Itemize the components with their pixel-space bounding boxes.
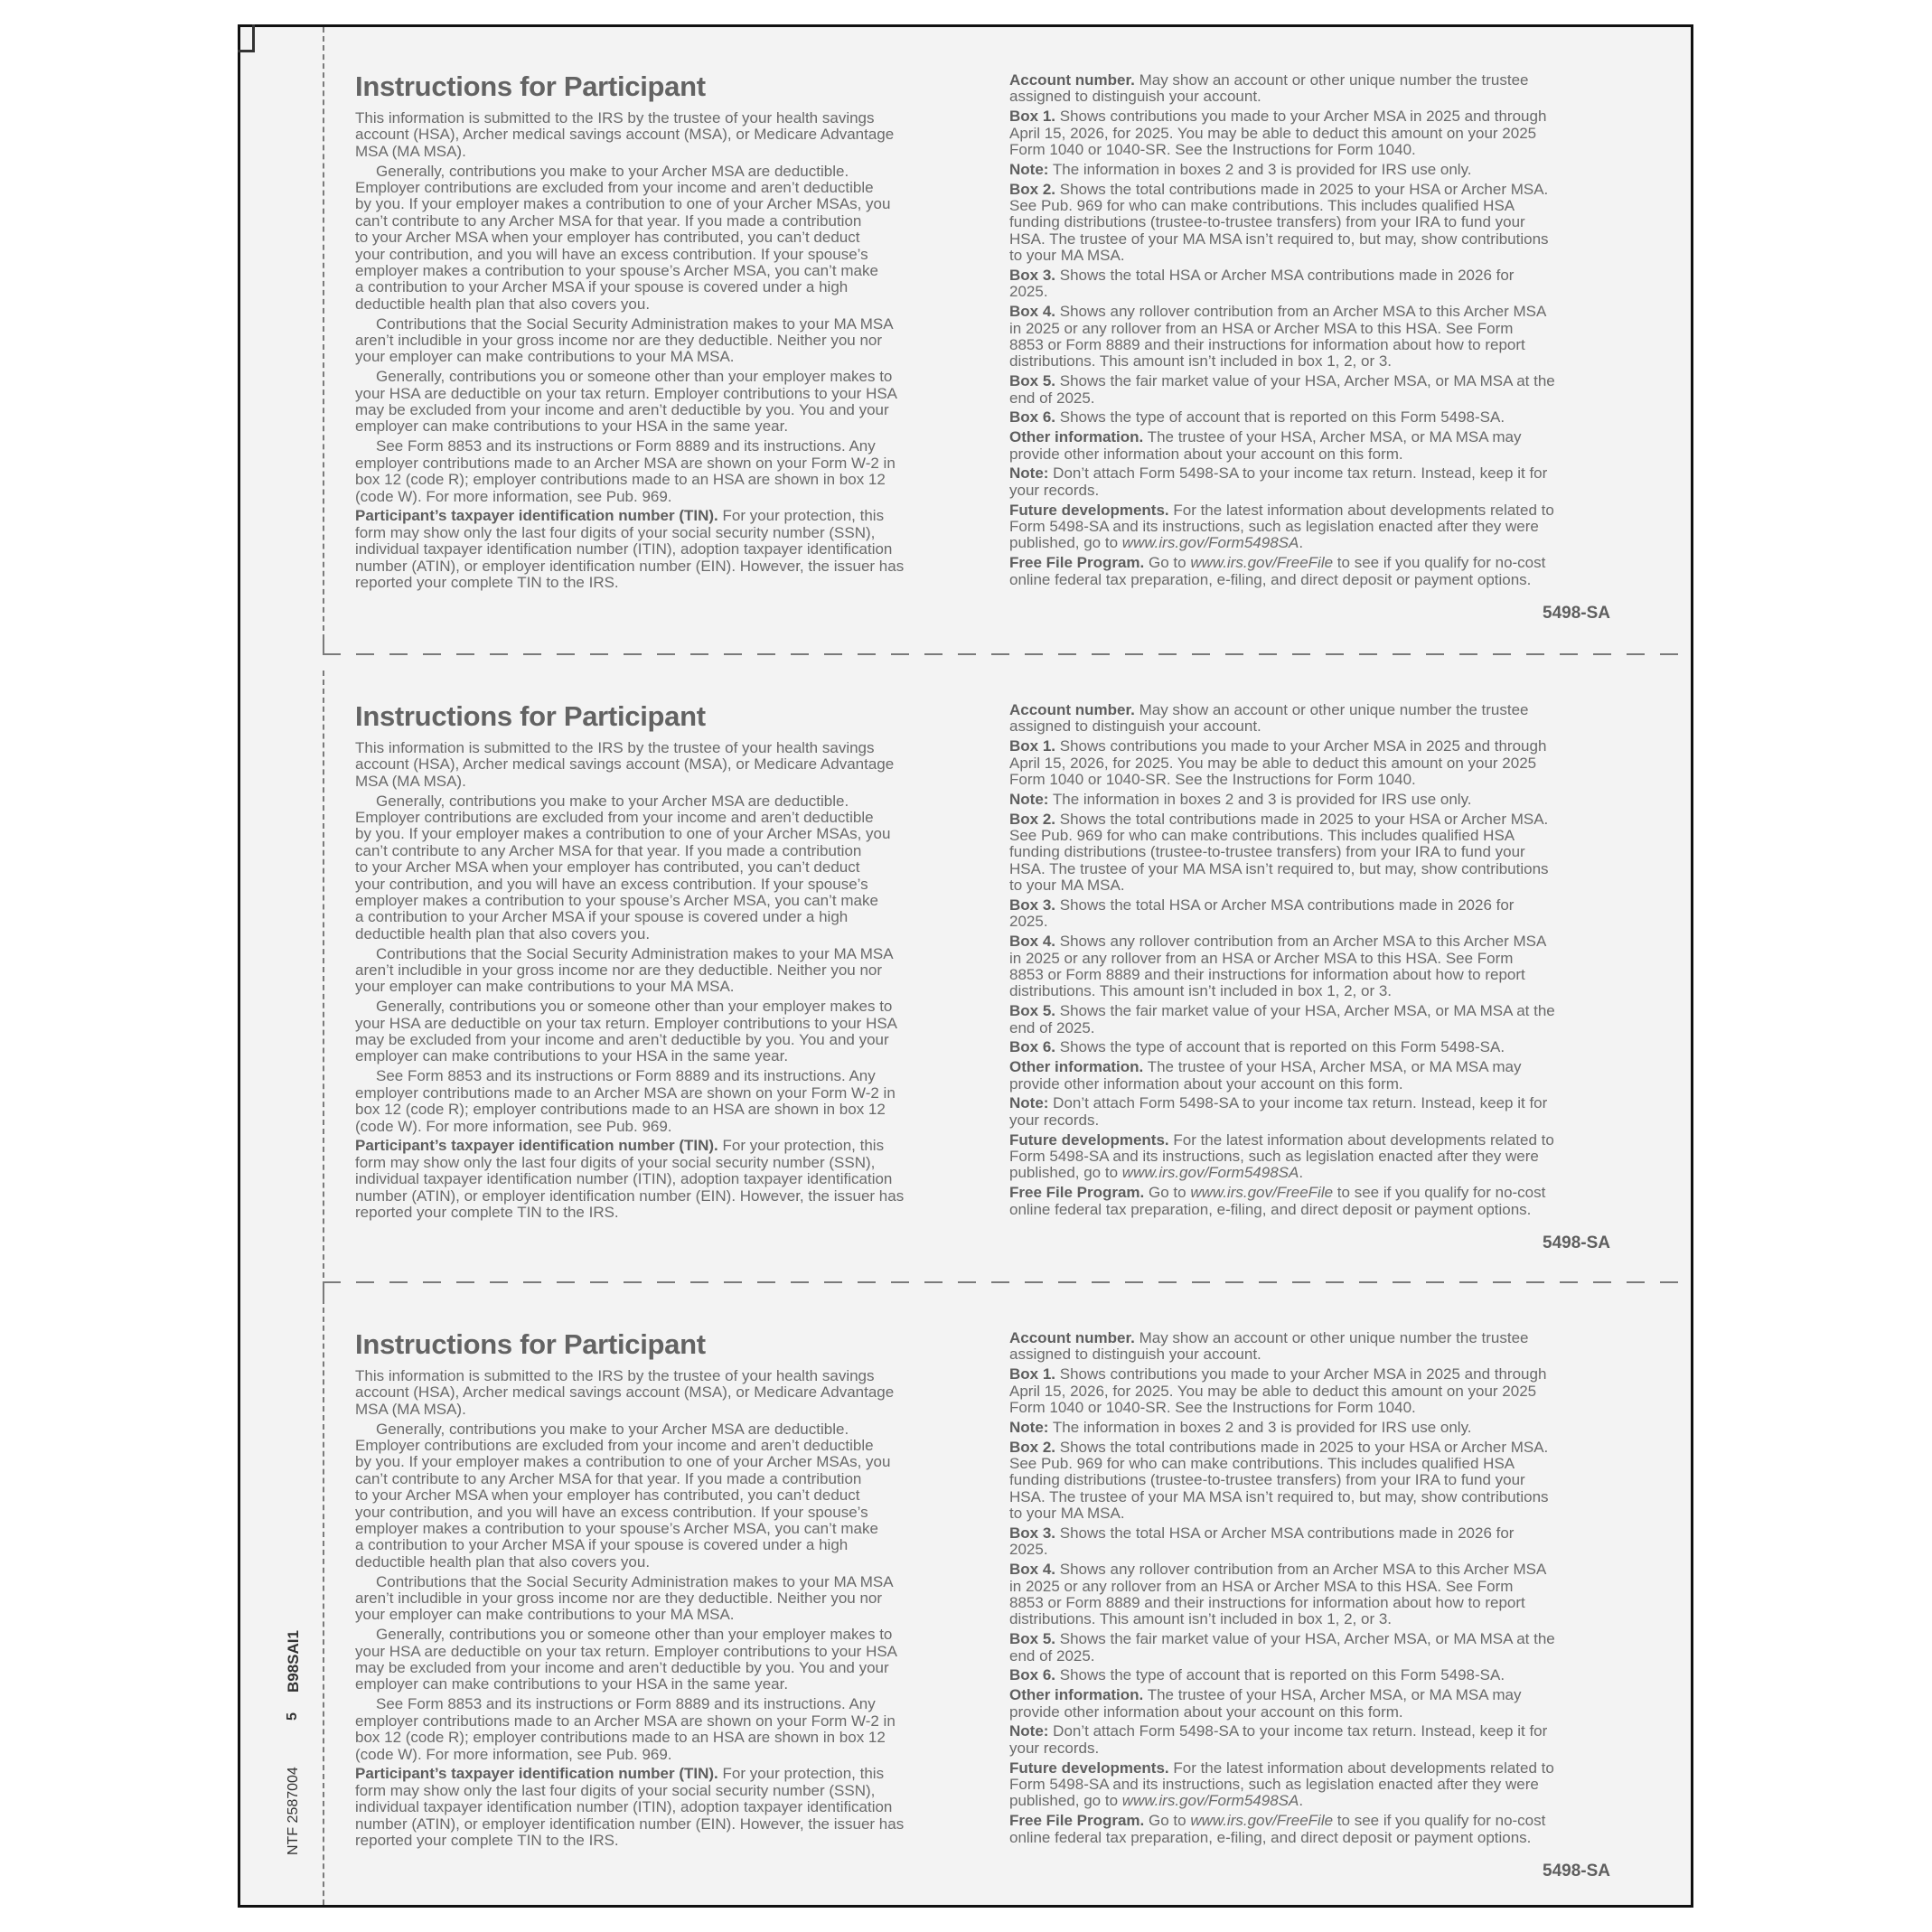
text-line: box 12 (code R); employer contributions … [355, 1730, 904, 1746]
body-text: For the latest information about develop… [1169, 1759, 1554, 1777]
right-column-paragraph: Future developments. For the latest info… [1009, 1132, 1555, 1182]
right-column-paragraph: Other information. The trustee of your H… [1009, 1059, 1555, 1093]
body-text: Shows any rollover contribution from an … [1055, 303, 1546, 320]
text-line: See Pub. 969 for who can make contributi… [1009, 198, 1555, 214]
body-text: form may show only the last four digits … [355, 1782, 875, 1799]
body-text: Shows the total contributions made in 20… [1055, 1439, 1548, 1456]
body-text: (code W). For more information, see Pub.… [355, 488, 672, 505]
text-line: This information is submitted to the IRS… [355, 110, 904, 127]
body-text: The information in boxes 2 and 3 is prov… [1048, 161, 1471, 178]
body-text: distributions. This amount isn’t include… [1009, 982, 1392, 999]
text-line: form may show only the last four digits … [355, 1155, 904, 1171]
bold-heading: Account number. [1009, 1329, 1135, 1346]
body-text: Contributions that the Social Security A… [376, 945, 894, 962]
body-text: Shows the total HSA or Archer MSA contri… [1055, 896, 1514, 914]
text-line: your records. [1009, 483, 1555, 499]
text-line: Form 5498-SA and its instructions, such … [1009, 1777, 1555, 1793]
body-text: Go to [1144, 554, 1190, 571]
body-text: Shows the fair market value of your HSA,… [1055, 1630, 1555, 1647]
body-text: deductible health plan that also covers … [355, 925, 650, 943]
bold-heading: Box 2. [1009, 181, 1055, 198]
text-line: your contribution, and you will have an … [355, 247, 904, 263]
right-column-paragraph: Box 5. Shows the fair market value of yo… [1009, 373, 1555, 407]
body-text: Shows the total contributions made in 20… [1055, 181, 1548, 198]
text-line: your employer can make contributions to … [355, 979, 904, 995]
right-column-paragraph: Free File Program. Go to www.irs.gov/Fre… [1009, 1185, 1555, 1218]
body-text: can’t contribute to any Archer MSA for t… [355, 842, 861, 859]
right-column-paragraph: Account number. May show an account or o… [1009, 1330, 1555, 1364]
body-text: account (HSA), Archer medical savings ac… [355, 1383, 894, 1401]
text-line: to your Archer MSA when your employer ha… [355, 859, 904, 876]
text-line: employer contributions made to an Archer… [355, 1085, 904, 1102]
body-text: For the latest information about develop… [1169, 1131, 1554, 1149]
body-text: The trustee of your HSA, Archer MSA, or … [1143, 1058, 1521, 1075]
body-text: May show an account or other unique numb… [1135, 701, 1529, 718]
body-text: funding distributions (trustee-to-truste… [1009, 1471, 1525, 1488]
instruction-copy-1: Instructions for Participant This inform… [0, 0, 1932, 630]
body-text: to your Archer MSA when your employer ha… [355, 229, 859, 246]
text-line: HSA. The trustee of your MA MSA isn’t re… [1009, 861, 1555, 877]
body-text: published, go to [1009, 1164, 1122, 1181]
body-text: For the latest information about develop… [1169, 502, 1554, 519]
body-text: form may show only the last four digits … [355, 1154, 875, 1171]
body-text: provide other information about your acc… [1009, 1075, 1403, 1093]
text-line: Participant’s taxpayer identification nu… [355, 1138, 904, 1154]
text-line: Contributions that the Social Security A… [355, 946, 904, 962]
text-line: reported your complete TIN to the IRS. [355, 1205, 904, 1221]
page-number: 5 [285, 1712, 301, 1721]
bold-heading: Box 4. [1009, 933, 1055, 950]
body-text: by you. If your employer makes a contrib… [355, 195, 890, 212]
url-text: www.irs.gov/Form5498SA [1122, 1164, 1299, 1181]
bold-heading: Box 4. [1009, 1561, 1055, 1578]
text-line: 8853 or Form 8889 and their instructions… [1009, 337, 1555, 353]
bold-heading: Box 3. [1009, 896, 1055, 914]
text-line: individual taxpayer identification numbe… [355, 1171, 904, 1187]
text-line: Generally, contributions you or someone … [355, 999, 904, 1015]
body-text: in 2025 or any rollover from an HSA or A… [1009, 1578, 1513, 1595]
body-text: . [1299, 534, 1303, 551]
text-line: Box 6. Shows the type of account that is… [1009, 409, 1555, 426]
text-line: Box 2. Shows the total contributions mad… [1009, 182, 1555, 198]
text-line: Generally, contributions you make to you… [355, 164, 904, 180]
text-line: online federal tax preparation, e-filing… [1009, 572, 1555, 588]
right-column: Account number. May show an account or o… [1009, 72, 1555, 591]
text-line: April 15, 2026, for 2025. You may be abl… [1009, 755, 1555, 772]
text-line: 8853 or Form 8889 and their instructions… [1009, 967, 1555, 983]
body-text: to your MA MSA. [1009, 877, 1125, 894]
text-line: MSA (MA MSA). [355, 1402, 904, 1418]
body-text: Shows the type of account that is report… [1055, 408, 1505, 426]
body-text: individual taxpayer identification numbe… [355, 1798, 892, 1815]
text-line: funding distributions (trustee-to-truste… [1009, 844, 1555, 860]
body-text: 8853 or Form 8889 and their instructions… [1009, 1594, 1525, 1611]
text-line: Box 4. Shows any rollover contribution f… [1009, 933, 1555, 950]
text-line: 2025. [1009, 1542, 1555, 1558]
body-text: individual taxpayer identification numbe… [355, 540, 892, 558]
right-column-paragraph: Box 2. Shows the total contributions mad… [1009, 811, 1555, 895]
body-text: Shows contributions you made to your Arc… [1055, 108, 1546, 125]
body-text: Shows the type of account that is report… [1055, 1038, 1505, 1055]
body-text: (code W). For more information, see Pub.… [355, 1118, 672, 1135]
text-line: deductible health plan that also covers … [355, 296, 904, 313]
right-column-paragraph: Note: The information in boxes 2 and 3 i… [1009, 792, 1555, 808]
body-text: Shows the fair market value of your HSA,… [1055, 1002, 1555, 1019]
bold-heading: Box 1. [1009, 108, 1055, 125]
body-text: HSA. The trustee of your MA MSA isn’t re… [1009, 230, 1549, 248]
body-text: to see if you qualify for no-cost [1333, 1812, 1545, 1829]
text-line: Generally, contributions you or someone … [355, 1627, 904, 1643]
right-column-paragraph: Box 1. Shows contributions you made to y… [1009, 738, 1555, 788]
text-line: number (ATIN), or employer identificatio… [355, 1816, 904, 1833]
text-line: Box 1. Shows contributions you made to y… [1009, 1366, 1555, 1383]
body-text: published, go to [1009, 534, 1122, 551]
text-line: Note: Don’t attach Form 5498-SA to your … [1009, 465, 1555, 482]
right-column-paragraph: Box 1. Shows contributions you made to y… [1009, 1366, 1555, 1416]
text-line: Participant’s taxpayer identification nu… [355, 1766, 904, 1782]
bold-heading: Note: [1009, 791, 1048, 808]
body-text: box 12 (code R); employer contributions … [355, 471, 886, 488]
text-line: your HSA are deductible on your tax retu… [355, 1016, 904, 1032]
body-text: end of 2025. [1009, 1019, 1095, 1036]
right-column-paragraph: Note: Don’t attach Form 5498-SA to your … [1009, 465, 1555, 499]
bold-heading: Other information. [1009, 428, 1143, 445]
text-line: Box 3. Shows the total HSA or Archer MSA… [1009, 267, 1555, 284]
right-column-paragraph: Future developments. For the latest info… [1009, 502, 1555, 552]
bold-heading: Box 3. [1009, 267, 1055, 284]
bold-heading: Box 6. [1009, 408, 1055, 426]
body-text: Go to [1144, 1812, 1190, 1829]
text-line: This information is submitted to the IRS… [355, 740, 904, 756]
right-column-paragraph: Note: Don’t attach Form 5498-SA to your … [1009, 1723, 1555, 1757]
text-line: distributions. This amount isn’t include… [1009, 353, 1555, 370]
body-text: online federal tax preparation, e-filing… [1009, 1829, 1531, 1846]
body-text: employer can make contributions to your … [355, 417, 788, 435]
body-text: Form 1040 or 1040-SR. See the Instructio… [1009, 141, 1416, 158]
body-text: May show an account or other unique numb… [1135, 71, 1529, 89]
body-text: Generally, contributions you make to you… [376, 792, 849, 810]
text-line: Other information. The trustee of your H… [1009, 1687, 1555, 1703]
text-line: your contribution, and you will have an … [355, 1505, 904, 1521]
text-line: Box 5. Shows the fair market value of yo… [1009, 1003, 1555, 1019]
left-column-paragraph: Generally, contributions you or someone … [355, 999, 904, 1065]
body-text: account (HSA), Archer medical savings ac… [355, 755, 894, 773]
text-line: your employer can make contributions to … [355, 1607, 904, 1623]
body-text: may be excluded from your income and are… [355, 1659, 889, 1676]
body-text: employer can make contributions to your … [355, 1047, 788, 1064]
bold-heading: Box 1. [1009, 737, 1055, 755]
body-text: Shows the fair market value of your HSA,… [1055, 372, 1555, 389]
text-line: distributions. This amount isn’t include… [1009, 1611, 1555, 1627]
left-column-paragraph: This information is submitted to the IRS… [355, 110, 904, 160]
left-column-paragraph: Contributions that the Social Security A… [355, 316, 904, 366]
text-line: Contributions that the Social Security A… [355, 1574, 904, 1590]
text-line: to your Archer MSA when your employer ha… [355, 1487, 904, 1504]
bold-heading: Account number. [1009, 701, 1135, 718]
text-line: your contribution, and you will have an … [355, 877, 904, 893]
right-column-paragraph: Box 5. Shows the fair market value of yo… [1009, 1631, 1555, 1665]
text-line: distributions. This amount isn’t include… [1009, 983, 1555, 999]
body-text: For your protection, this [718, 1137, 884, 1154]
bold-heading: Box 2. [1009, 1439, 1055, 1456]
body-text: deductible health plan that also covers … [355, 1553, 650, 1571]
bold-heading: Free File Program. [1009, 554, 1144, 571]
body-text: your contribution, and you will have an … [355, 1504, 868, 1521]
right-column-paragraph: Other information. The trustee of your H… [1009, 1687, 1555, 1721]
right-column-paragraph: Box 6. Shows the type of account that is… [1009, 409, 1555, 426]
body-text: Shows the total HSA or Archer MSA contri… [1055, 1524, 1514, 1542]
text-line: (code W). For more information, see Pub.… [355, 1119, 904, 1135]
body-text: employer contributions made to an Archer… [355, 1712, 896, 1730]
right-column-paragraph: Other information. The trustee of your H… [1009, 429, 1555, 463]
text-line: aren’t includible in your gross income n… [355, 962, 904, 979]
text-line: assigned to distinguish your account. [1009, 718, 1555, 735]
text-line: Account number. May show an account or o… [1009, 702, 1555, 718]
body-text: This information is submitted to the IRS… [355, 1367, 875, 1384]
bold-heading: Future developments. [1009, 502, 1169, 519]
text-line: by you. If your employer makes a contrib… [355, 196, 904, 212]
text-line: Form 1040 or 1040-SR. See the Instructio… [1009, 1400, 1555, 1416]
text-line: Participant’s taxpayer identification nu… [355, 508, 904, 524]
bold-heading: Box 6. [1009, 1666, 1055, 1683]
body-text: 2025. [1009, 913, 1048, 930]
right-column-paragraph: Box 4. Shows any rollover contribution f… [1009, 933, 1555, 1000]
right-column-paragraph: Free File Program. Go to www.irs.gov/Fre… [1009, 1813, 1555, 1846]
body-text: Form 5498-SA and its instructions, such … [1009, 1148, 1539, 1165]
text-line: See Form 8853 and its instructions or Fo… [355, 438, 904, 455]
text-line: in 2025 or any rollover from an HSA or A… [1009, 321, 1555, 337]
right-column-paragraph: Note: Don’t attach Form 5498-SA to your … [1009, 1095, 1555, 1129]
text-line: Box 3. Shows the total HSA or Archer MSA… [1009, 1525, 1555, 1542]
body-text: your employer can make contributions to … [355, 978, 735, 995]
text-line: Free File Program. Go to www.irs.gov/Fre… [1009, 555, 1555, 571]
body-text: provide other information about your acc… [1009, 1703, 1403, 1721]
left-column-paragraph: Generally, contributions you make to you… [355, 1421, 904, 1571]
text-line: provide other information about your acc… [1009, 1704, 1555, 1721]
body-text: The information in boxes 2 and 3 is prov… [1048, 1419, 1471, 1436]
text-line: MSA (MA MSA). [355, 774, 904, 790]
left-column-paragraph: Participant’s taxpayer identification nu… [355, 1766, 904, 1849]
left-column-paragraph: Generally, contributions you or someone … [355, 369, 904, 436]
body-text: Shows contributions you made to your Arc… [1055, 1365, 1546, 1383]
body-text: assigned to distinguish your account. [1009, 717, 1261, 735]
body-text: April 15, 2026, for 2025. You may be abl… [1009, 1383, 1536, 1400]
text-line: See Pub. 969 for who can make contributi… [1009, 1456, 1555, 1472]
body-text: reported your complete TIN to the IRS. [355, 574, 619, 591]
body-text: Generally, contributions you make to you… [376, 1421, 849, 1438]
left-column-paragraph: This information is submitted to the IRS… [355, 740, 904, 790]
body-text: reported your complete TIN to the IRS. [355, 1204, 619, 1221]
body-text: aren’t includible in your gross income n… [355, 961, 882, 979]
text-line: Future developments. For the latest info… [1009, 1760, 1555, 1777]
text-line: HSA. The trustee of your MA MSA isn’t re… [1009, 1489, 1555, 1505]
body-text: employer makes a contribution to your sp… [355, 1520, 878, 1537]
text-line: Form 1040 or 1040-SR. See the Instructio… [1009, 772, 1555, 788]
text-line: to your Archer MSA when your employer ha… [355, 230, 904, 246]
body-text: 8853 or Form 8889 and their instructions… [1009, 336, 1525, 353]
text-line: employer makes a contribution to your sp… [355, 263, 904, 279]
form-code: B98SAI1 [285, 1630, 303, 1693]
text-line: can’t contribute to any Archer MSA for t… [355, 1471, 904, 1487]
text-line: Note: The information in boxes 2 and 3 i… [1009, 1420, 1555, 1436]
url-text: www.irs.gov/FreeFile [1190, 554, 1333, 571]
body-text: by you. If your employer makes a contrib… [355, 825, 890, 842]
text-line: Box 5. Shows the fair market value of yo… [1009, 373, 1555, 389]
body-text: your employer can make contributions to … [355, 348, 735, 365]
text-line: Future developments. For the latest info… [1009, 1132, 1555, 1149]
form-id-label: 5498-SA [1446, 604, 1610, 624]
body-text: can’t contribute to any Archer MSA for t… [355, 1470, 861, 1487]
text-line: employer makes a contribution to your sp… [355, 1521, 904, 1537]
text-line: can’t contribute to any Archer MSA for t… [355, 843, 904, 859]
right-column-paragraph: Free File Program. Go to www.irs.gov/Fre… [1009, 555, 1555, 588]
body-text: Shows contributions you made to your Arc… [1055, 737, 1546, 755]
bold-heading: Box 5. [1009, 1630, 1055, 1647]
bold-heading: Box 3. [1009, 1524, 1055, 1542]
left-column-paragraph: Generally, contributions you or someone … [355, 1627, 904, 1693]
body-text: assigned to distinguish your account. [1009, 88, 1261, 105]
body-text: . [1299, 1792, 1303, 1809]
body-text: Employer contributions are excluded from… [355, 809, 874, 826]
body-text: April 15, 2026, for 2025. You may be abl… [1009, 125, 1536, 142]
body-text: Go to [1144, 1184, 1190, 1201]
body-text: may be excluded from your income and are… [355, 401, 889, 418]
body-text: individual taxpayer identification numbe… [355, 1170, 892, 1187]
text-line: online federal tax preparation, e-filing… [1009, 1830, 1555, 1846]
text-line: box 12 (code R); employer contributions … [355, 472, 904, 488]
text-line: reported your complete TIN to the IRS. [355, 575, 904, 591]
right-column-paragraph: Box 6. Shows the type of account that is… [1009, 1039, 1555, 1055]
body-text: your HSA are deductible on your tax retu… [355, 1643, 897, 1660]
body-text: your employer can make contributions to … [355, 1606, 735, 1623]
bold-heading: Box 4. [1009, 303, 1055, 320]
text-line: may be excluded from your income and are… [355, 402, 904, 418]
bold-heading: Box 5. [1009, 1002, 1055, 1019]
text-line: provide other information about your acc… [1009, 1076, 1555, 1093]
left-column-paragraph: Contributions that the Social Security A… [355, 946, 904, 996]
body-text: Don’t attach Form 5498-SA to your income… [1048, 464, 1547, 482]
body-text: in 2025 or any rollover from an HSA or A… [1009, 950, 1513, 967]
ntf-code: NTF 2587004 [286, 1767, 302, 1855]
text-line: in 2025 or any rollover from an HSA or A… [1009, 1579, 1555, 1595]
body-text: Shows the total contributions made in 20… [1055, 811, 1548, 828]
right-column: Account number. May show an account or o… [1009, 1330, 1555, 1849]
url-text: www.irs.gov/FreeFile [1190, 1812, 1333, 1829]
text-line: Other information. The trustee of your H… [1009, 1059, 1555, 1075]
body-text: can’t contribute to any Archer MSA for t… [355, 212, 861, 230]
text-line: form may show only the last four digits … [355, 525, 904, 541]
section-title: Instructions for Participant [355, 1328, 706, 1361]
section-title: Instructions for Participant [355, 70, 706, 103]
bold-heading: Free File Program. [1009, 1812, 1144, 1829]
text-line: Form 5498-SA and its instructions, such … [1009, 1149, 1555, 1165]
body-text: employer can make contributions to your … [355, 1675, 788, 1693]
bold-heading: Free File Program. [1009, 1184, 1144, 1201]
bold-heading: Account number. [1009, 71, 1135, 89]
right-column-paragraph: Box 4. Shows any rollover contribution f… [1009, 1562, 1555, 1628]
text-line: See Pub. 969 for who can make contributi… [1009, 828, 1555, 844]
text-line: number (ATIN), or employer identificatio… [355, 558, 904, 575]
body-text: Generally, contributions you make to you… [376, 163, 849, 180]
text-line: may be excluded from your income and are… [355, 1660, 904, 1676]
bold-heading: Note: [1009, 464, 1048, 482]
text-line: Box 1. Shows contributions you made to y… [1009, 738, 1555, 755]
text-line: This information is submitted to the IRS… [355, 1368, 904, 1384]
body-text: This information is submitted to the IRS… [355, 739, 875, 756]
body-text: 2025. [1009, 283, 1048, 300]
body-text: The trustee of your HSA, Archer MSA, or … [1143, 1686, 1521, 1703]
text-line: Future developments. For the latest info… [1009, 502, 1555, 519]
body-text: Don’t attach Form 5498-SA to your income… [1048, 1722, 1547, 1740]
text-line: See Form 8853 and its instructions or Fo… [355, 1696, 904, 1712]
right-column-paragraph: Box 2. Shows the total contributions mad… [1009, 182, 1555, 265]
body-text: (code W). For more information, see Pub.… [355, 1746, 672, 1763]
body-text: employer contributions made to an Archer… [355, 1084, 896, 1102]
text-line: employer can make contributions to your … [355, 1048, 904, 1064]
text-line: individual taxpayer identification numbe… [355, 1799, 904, 1815]
body-text: your HSA are deductible on your tax retu… [355, 385, 897, 402]
text-line: in 2025 or any rollover from an HSA or A… [1009, 951, 1555, 967]
text-line: account (HSA), Archer medical savings ac… [355, 756, 904, 773]
body-text: a contribution to your Archer MSA if you… [355, 908, 848, 925]
text-line: Box 2. Shows the total contributions mad… [1009, 811, 1555, 828]
left-column-paragraph: See Form 8853 and its instructions or Fo… [355, 1696, 904, 1763]
text-line: 8853 or Form 8889 and their instructions… [1009, 1595, 1555, 1611]
text-line: Box 6. Shows the type of account that is… [1009, 1039, 1555, 1055]
left-column-paragraph: See Form 8853 and its instructions or Fo… [355, 1068, 904, 1135]
text-line: aren’t includible in your gross income n… [355, 333, 904, 349]
body-text: online federal tax preparation, e-filing… [1009, 571, 1531, 588]
body-text: by you. If your employer makes a contrib… [355, 1453, 890, 1470]
body-text: aren’t includible in your gross income n… [355, 1590, 882, 1607]
body-text: 8853 or Form 8889 and their instructions… [1009, 966, 1525, 983]
bold-heading: Future developments. [1009, 1759, 1169, 1777]
text-line: form may show only the last four digits … [355, 1783, 904, 1799]
right-column-paragraph: Box 2. Shows the total contributions mad… [1009, 1440, 1555, 1523]
left-column: This information is submitted to the IRS… [355, 740, 904, 1224]
right-column-paragraph: Box 6. Shows the type of account that is… [1009, 1667, 1555, 1683]
text-line: published, go to www.irs.gov/Form5498SA. [1009, 535, 1555, 551]
left-column-paragraph: Participant’s taxpayer identification nu… [355, 508, 904, 591]
text-line: individual taxpayer identification numbe… [355, 541, 904, 558]
body-text: assigned to distinguish your account. [1009, 1346, 1261, 1363]
left-column-paragraph: Generally, contributions you make to you… [355, 164, 904, 314]
text-line: employer contributions made to an Archer… [355, 1713, 904, 1730]
left-column-paragraph: Generally, contributions you make to you… [355, 793, 904, 943]
body-text: See Form 8853 and its instructions or Fo… [376, 437, 876, 455]
body-text: distributions. This amount isn’t include… [1009, 352, 1392, 370]
body-text: Contributions that the Social Security A… [376, 1573, 894, 1590]
body-text: form may show only the last four digits … [355, 524, 875, 541]
text-line: assigned to distinguish your account. [1009, 89, 1555, 105]
body-text: See Pub. 969 for who can make contributi… [1009, 1455, 1515, 1472]
body-text: Shows any rollover contribution from an … [1055, 933, 1546, 950]
right-column-paragraph: Box 3. Shows the total HSA or Archer MSA… [1009, 1525, 1555, 1559]
text-line: to your MA MSA. [1009, 877, 1555, 894]
body-text: employer contributions made to an Archer… [355, 455, 896, 472]
left-column-paragraph: See Form 8853 and its instructions or Fo… [355, 438, 904, 505]
text-line: account (HSA), Archer medical savings ac… [355, 127, 904, 143]
body-text: to see if you qualify for no-cost [1333, 1184, 1545, 1201]
text-line: Other information. The trustee of your H… [1009, 429, 1555, 445]
bold-heading: Other information. [1009, 1058, 1143, 1075]
text-line: may be excluded from your income and are… [355, 1032, 904, 1048]
text-line: Generally, contributions you make to you… [355, 793, 904, 810]
body-text: Form 5498-SA and its instructions, such … [1009, 518, 1539, 535]
text-line: See Form 8853 and its instructions or Fo… [355, 1068, 904, 1084]
right-column-paragraph: Note: The information in boxes 2 and 3 i… [1009, 162, 1555, 178]
bold-heading: Other information. [1009, 1686, 1143, 1703]
